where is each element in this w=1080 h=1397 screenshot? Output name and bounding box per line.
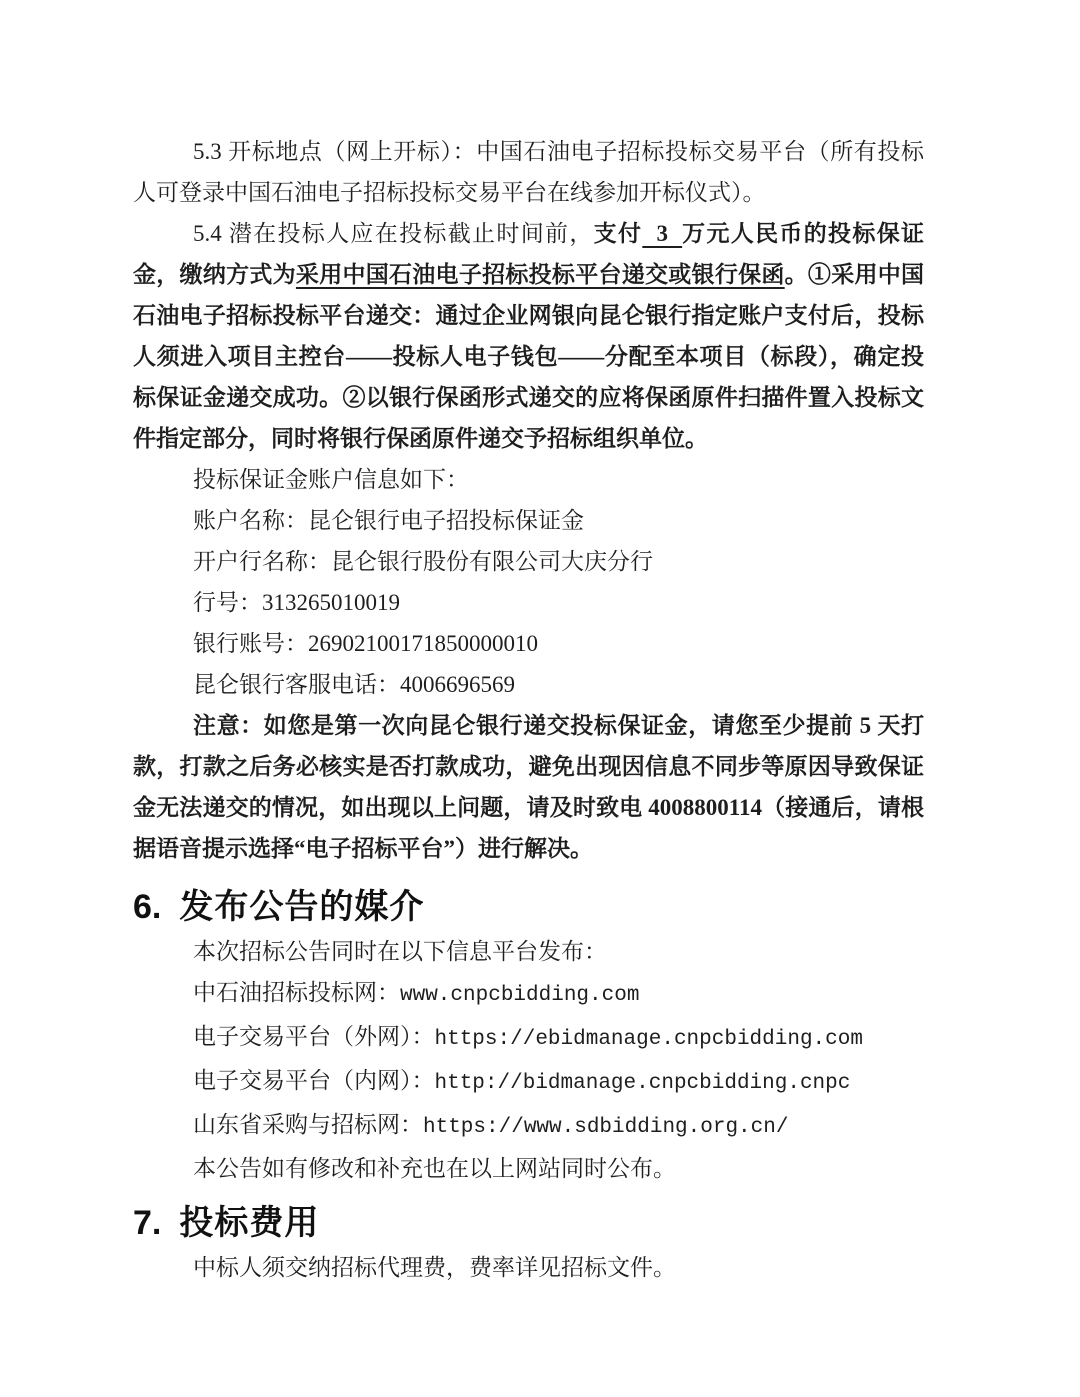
document-page: 5.3 开标地点（网上开标）：中国石油电子招标投标交易平台（所有投标人可登录中国… <box>0 0 1080 1397</box>
platform-url: www.cnpcbidding.com <box>400 984 639 1007</box>
deposit-notice: 注意：如您是第一次向昆仑银行递交投标保证金，请您至少提前 5 天打款，打款之后务… <box>133 705 924 869</box>
platform-label: 电子交易平台（外网）： <box>193 1024 435 1049</box>
media-intro: 本次招标公告同时在以下信息平台发布： <box>133 931 924 972</box>
deposit-info-intro: 投标保证金账户信息如下： <box>133 459 924 500</box>
section-7-heading: 7.投标费用 <box>133 1199 924 1247</box>
platform-label: 中石油招标投标网： <box>193 980 400 1005</box>
platform-cnpc-bidding: 中石油招标投标网：www.cnpcbidding.com <box>133 972 924 1016</box>
media-amendment-note: 本公告如有修改和补充也在以上网站同时公布。 <box>133 1148 924 1189</box>
p54-lead: 5.4 潜在投标人应在投标截止时间前， <box>193 221 594 246</box>
section-7-title: 投标费用 <box>179 1204 319 1242</box>
platform-ebid-external: 电子交易平台（外网）：https://ebidmanage.cnpcbiddin… <box>133 1016 924 1060</box>
section-6-title: 发布公告的媒介 <box>179 888 424 926</box>
deposit-bank-name: 开户行名称：昆仑银行股份有限公司大庆分行 <box>133 541 924 582</box>
platform-url: https://www.sdbidding.org.cn/ <box>423 1116 788 1139</box>
deposit-account-number: 银行账号：26902100171850000010 <box>133 623 924 664</box>
p54-deposit-amount: 3 <box>642 221 682 246</box>
platform-label: 电子交易平台（内网）： <box>193 1068 435 1093</box>
deposit-bank-code: 行号：313265010019 <box>133 582 924 623</box>
deposit-account-name: 账户名称：昆仑银行电子招投标保证金 <box>133 500 924 541</box>
p54-pay: 支付 <box>594 221 643 246</box>
deposit-service-phone: 昆仑银行客服电话：4006696569 <box>133 664 924 705</box>
platform-bid-internal: 电子交易平台（内网）：http://bidmanage.cnpcbidding.… <box>133 1060 924 1104</box>
paragraph-5-4: 5.4 潜在投标人应在投标截止时间前，支付 3 万元人民币的投标保证金，缴纳方式… <box>133 213 924 459</box>
bidding-fee-body: 中标人须交纳招标代理费，费率详见招标文件。 <box>133 1247 924 1288</box>
section-7-number: 7. <box>133 1204 161 1242</box>
platform-url: https://ebidmanage.cnpcbidding.com <box>435 1028 863 1051</box>
platform-url: http://bidmanage.cnpcbidding.cnpc <box>435 1072 851 1095</box>
section-6-number: 6. <box>133 888 161 926</box>
section-6-heading: 6.发布公告的媒介 <box>133 883 924 931</box>
p54-method-underlined: 采用中国石油电子招标投标平台递交或银行保函 <box>296 262 785 287</box>
paragraph-5-3: 5.3 开标地点（网上开标）：中国石油电子招标投标交易平台（所有投标人可登录中国… <box>133 131 924 213</box>
platform-sdbidding: 山东省采购与招标网：https://www.sdbidding.org.cn/ <box>133 1104 924 1148</box>
platform-label: 山东省采购与招标网： <box>193 1112 423 1137</box>
p54-rest: 。①采用中国石油电子招标投标平台递交：通过企业网银向昆仑银行指定账户支付后，投标… <box>133 262 924 451</box>
